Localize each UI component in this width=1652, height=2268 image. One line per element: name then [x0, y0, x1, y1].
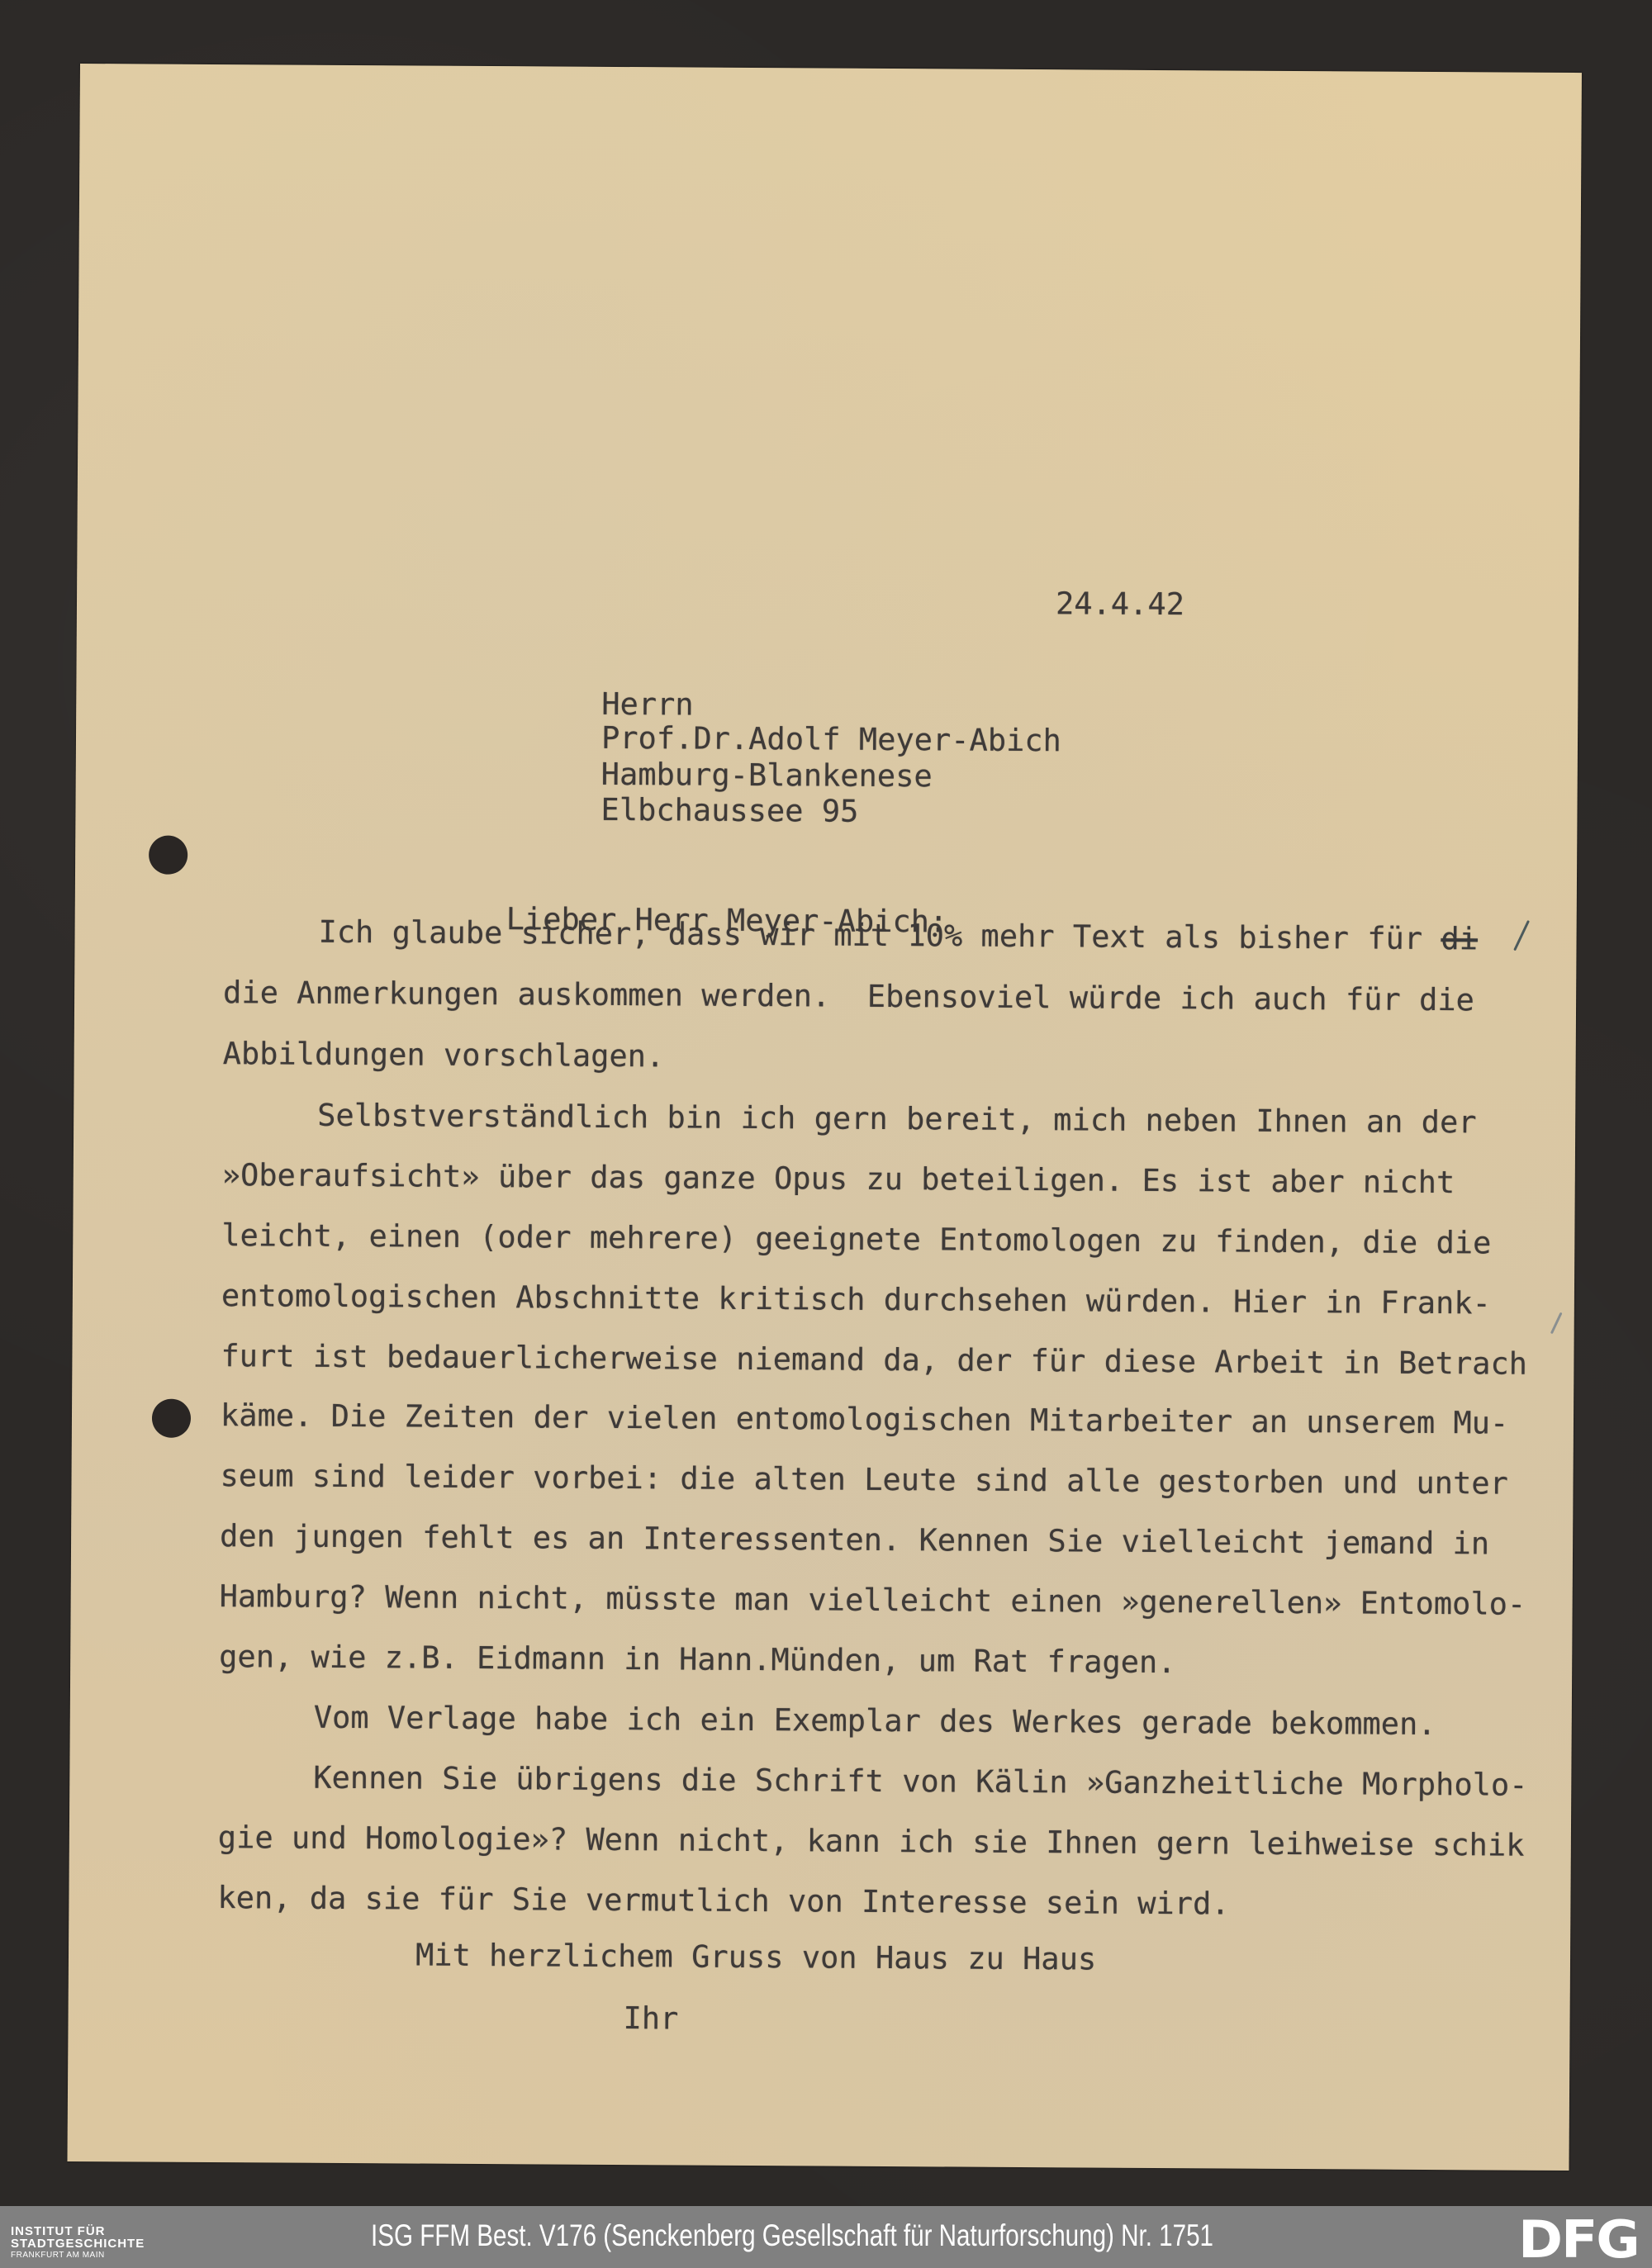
body-line: Abbildungen vorschlagen. — [223, 1038, 665, 1071]
address-line: Prof.Dr.Adolf Meyer-Abich — [601, 723, 1061, 756]
body-line: Ich glaube sicher, dass wir mit 10% mehr… — [318, 917, 1478, 955]
body-line: Selbstverständlich bin ich gern bereit, … — [317, 1100, 1477, 1138]
body-line: furt ist bedauerlicherweise niemand da, … — [221, 1340, 1527, 1379]
address-line: Hamburg-Blankenese — [601, 759, 933, 791]
address-line: Herrn — [601, 689, 694, 720]
body-line: seum sind leider vorbei: die alten Leute… — [220, 1460, 1508, 1499]
body-line: ken, da sie für Sie vermutlich von Inter… — [217, 1882, 1229, 1919]
body-line: entomologischen Abschnitte kritisch durc… — [221, 1280, 1491, 1318]
body-line: Kennen Sie übrigens die Schrift von Käli… — [313, 1763, 1527, 1801]
archive-caption: ISG FFM Best. V176 (Senckenberg Gesellsc… — [371, 2220, 1213, 2251]
institution-logo: INSTITUT FÜR STADTGESCHICHTE FRANKFURT A… — [11, 2225, 145, 2260]
body-line: die Anmerkungen auskommen werden. Ebenso… — [223, 977, 1474, 1015]
body-line: leicht, einen (oder mehrere) geeignete E… — [221, 1220, 1491, 1258]
institution-name-line2: STADTGESCHICHTE — [11, 2237, 145, 2250]
closing-line: Mit herzlichem Gruss von Haus zu Haus — [415, 1940, 1096, 1975]
margin-pencil-mark — [1550, 1312, 1563, 1335]
body-line: den jungen fehlt es an Interessenten. Ke… — [220, 1521, 1489, 1559]
dfg-logo: DFG — [1518, 2214, 1639, 2266]
letter-date: 24.4.42 — [1056, 588, 1184, 619]
punch-hole-bottom — [152, 1399, 191, 1438]
letter-page: 24.4.42 Herrn Prof.Dr.Adolf Meyer-Abich … — [67, 64, 1581, 2171]
institution-name-line1: INSTITUT FÜR — [11, 2225, 145, 2237]
body-line: Vom Verlage habe ich ein Exemplar des We… — [314, 1702, 1436, 1739]
body-line: gie und Homologie»? Wenn nicht, kann ich… — [218, 1822, 1525, 1861]
address-line: Elbchaussee 95 — [601, 795, 858, 827]
punch-hole-top — [149, 836, 188, 875]
body-line: Hamburg? Wenn nicht, müsste man vielleic… — [220, 1581, 1526, 1620]
strike-slash-mark — [1513, 920, 1530, 951]
body-line: »Oberaufsicht» über das ganze Opus zu be… — [222, 1160, 1455, 1198]
body-line: gen, wie z.B. Eidmann in Hann.Münden, um… — [219, 1641, 1176, 1677]
struck-out-text: di — [1441, 921, 1478, 956]
body-line: käme. Die Zeiten der vielen entomologisc… — [221, 1400, 1509, 1439]
signature-prefix: Ihr — [623, 2003, 678, 2033]
institution-city: FRANKFURT AM MAIN — [11, 2251, 145, 2260]
